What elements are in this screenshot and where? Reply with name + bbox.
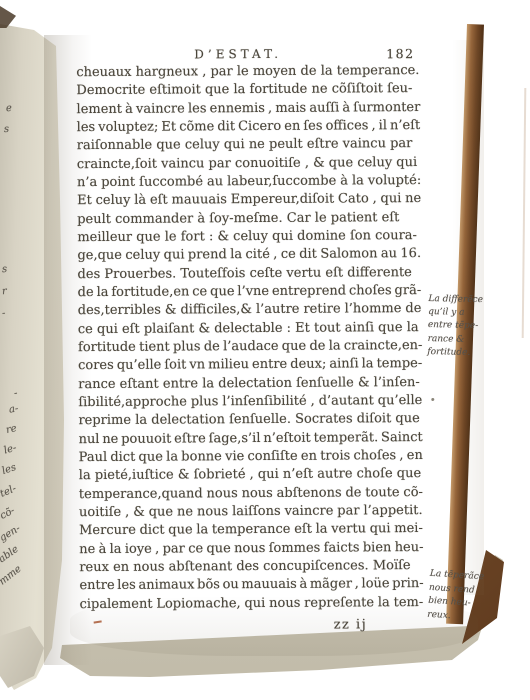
ink-speck bbox=[431, 398, 434, 401]
book-page-photo: e s s r - - a- re le- les tel- cõ- gen- … bbox=[0, 0, 530, 700]
folio-number: 182 bbox=[386, 46, 414, 61]
body-line: Paul dict que la bonne vie conſiſte en t… bbox=[79, 447, 423, 467]
body-line: lement à vaincre les ennemis , mais auſſ… bbox=[76, 99, 420, 119]
body-line: cheuaux hargneux , par le moyen de la te… bbox=[76, 62, 420, 82]
body-line: reux en nous abſtenant des concupiſcence… bbox=[79, 557, 423, 577]
body-line: ne à la ioye , par ce que nous ſommes fa… bbox=[79, 539, 423, 559]
margin-note-line: entre tẽpe- bbox=[428, 319, 500, 334]
body-line: ge,que celuy qui prend la cité , ce dit … bbox=[77, 245, 421, 265]
body-line: reprime la delectation ſenſuelle. Socrat… bbox=[78, 410, 422, 430]
body-line: cipalement Lopiomache, qui nous repreſen… bbox=[79, 594, 423, 614]
margin-note: La differẽce qu’il y a entre tẽpe- rance… bbox=[427, 293, 500, 360]
body-line: Et celuy là eſt mauuais Empereur,diſoit … bbox=[77, 190, 421, 210]
body-line: uoitiſe , & que ne nous laiſſons vaincre… bbox=[79, 502, 423, 522]
body-line: temperance,quand nous nous abſtenons de … bbox=[79, 484, 423, 504]
body-text: cheuaux hargneux , par le moyen de la te… bbox=[76, 62, 423, 614]
body-line: ce qui eſt plaiſant & delectable : Et to… bbox=[78, 319, 422, 339]
ink-speck bbox=[94, 620, 102, 623]
body-line: Mercure dict que la temperance eſt la ve… bbox=[79, 520, 423, 540]
body-line: de la fortitude,en ce que l’vne entrepre… bbox=[78, 282, 422, 302]
body-line: craincte,ſoit vaincu par conuoitiſe , & … bbox=[77, 154, 421, 174]
signature-mark: zz ij bbox=[334, 617, 368, 632]
body-line: raiſonnable que celuy qui ne peult eſtre… bbox=[77, 135, 421, 155]
body-line: rance eſtant entre la delectation ſenſue… bbox=[78, 374, 422, 394]
printed-content: D’ESTAT. 182 cheuaux hargneux , par le m… bbox=[0, 0, 530, 700]
body-line: n’a point ſuccombé au labeur,ſuccombe à … bbox=[77, 172, 421, 192]
body-line: des,terribles & difficiles,& l’autre ret… bbox=[78, 300, 422, 320]
body-line: nul ne pouuoit eſtre ſage,s’il n’eſtoit … bbox=[78, 429, 422, 449]
body-line: Democrite eſtimoit que la fortitude ne c… bbox=[76, 80, 420, 100]
body-line: entre les animaux bõs ou mauuais à mãger… bbox=[79, 575, 423, 595]
body-line: des Prouerbes. Touteſfois ceſte vertu eſ… bbox=[77, 264, 421, 284]
margin-note-line: rance & bbox=[427, 333, 499, 348]
running-title: D’ESTAT. bbox=[78, 46, 398, 62]
body-line: cores qu’elle ſoit vn milieu entre deux;… bbox=[78, 355, 422, 375]
body-line: les voluptez; Et cõme dit Cicero en ſes … bbox=[77, 117, 421, 137]
margin-note-line: reux. bbox=[427, 608, 492, 626]
body-line: peult commander à ſoy-meſme. Car le pati… bbox=[77, 209, 421, 229]
margin-note: La tẽperãce nous rend bien heu- reux. bbox=[427, 568, 494, 626]
body-line: ſibilité,approche plus l’inſenſibilité ,… bbox=[78, 392, 422, 412]
margin-note-line: fortitude. bbox=[427, 346, 499, 361]
body-line: fortitude tient plus de l’audace que de … bbox=[78, 337, 422, 357]
body-line: meilleur que le fort : & celuy qui domin… bbox=[77, 227, 421, 247]
body-line: la pieté,iuſtice & ſobrieté , qui n’eſt … bbox=[79, 465, 423, 485]
